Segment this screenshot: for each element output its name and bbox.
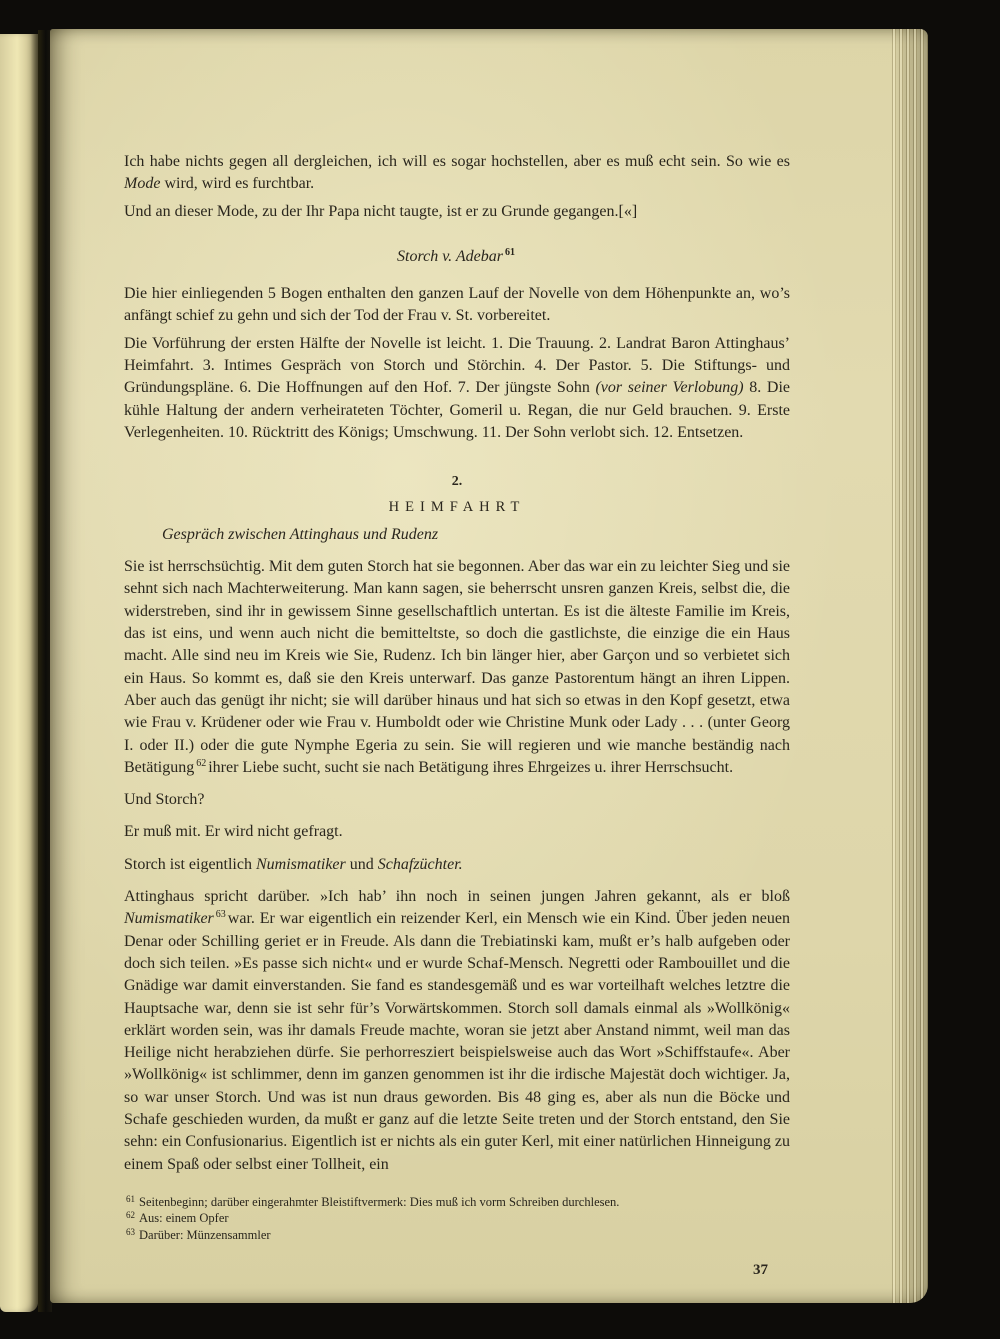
- page-number: 37: [124, 1259, 790, 1281]
- paragraph-herrschsuechtig: Sie ist herrschsüchtig. Mit dem guten St…: [124, 556, 790, 779]
- footnote-62: 62Aus: einem Opfer: [124, 1210, 790, 1227]
- footnote-61: 61Seitenbeginn; darüber eingerahmter Ble…: [124, 1194, 790, 1211]
- book-photo: Ich habe nichts gegen all dergleichen, i…: [0, 0, 1000, 1339]
- book-page: Ich habe nichts gegen all dergleichen, i…: [50, 29, 928, 1303]
- paragraph-er-muss-mit: Er muß mit. Er wird nicht gefragt.: [124, 821, 790, 843]
- paragraph-quote-mode: Ich habe nichts gegen all dergleichen, i…: [124, 151, 790, 196]
- paragraph-attinghaus-spricht: Attinghaus spricht darüber. »Ich hab’ ih…: [124, 886, 790, 1176]
- paragraph-numismatiker: Storch ist eigentlich Numismatiker und S…: [124, 854, 790, 876]
- section-number: 2.: [124, 471, 790, 493]
- paragraph-und-storch: Und Storch?: [124, 789, 790, 811]
- stacked-page-edges: [892, 29, 928, 1303]
- subheading-gespraech: Gespräch zwischen Attinghaus und Rudenz: [162, 524, 790, 546]
- footnote-63: 63Darüber: Münzensammler: [124, 1227, 790, 1244]
- facing-page-edge: [0, 34, 38, 1312]
- paragraph-bogen: Die hier einliegenden 5 Bogen enthalten …: [124, 283, 790, 328]
- paragraph-quote-papa: Und an dieser Mode, zu der Ihr Papa nich…: [124, 201, 790, 223]
- paragraph-vorfuehrung: Die Vorführung der ersten Hälfte der Nov…: [124, 333, 790, 444]
- page-text: Ich habe nichts gegen all dergleichen, i…: [124, 151, 790, 1282]
- chapter-heading: Storch v. Adebar61: [124, 246, 790, 268]
- section-title-heimfahrt: HEIMFAHRT: [124, 496, 790, 518]
- footnotes: 61Seitenbeginn; darüber eingerahmter Ble…: [124, 1194, 790, 1244]
